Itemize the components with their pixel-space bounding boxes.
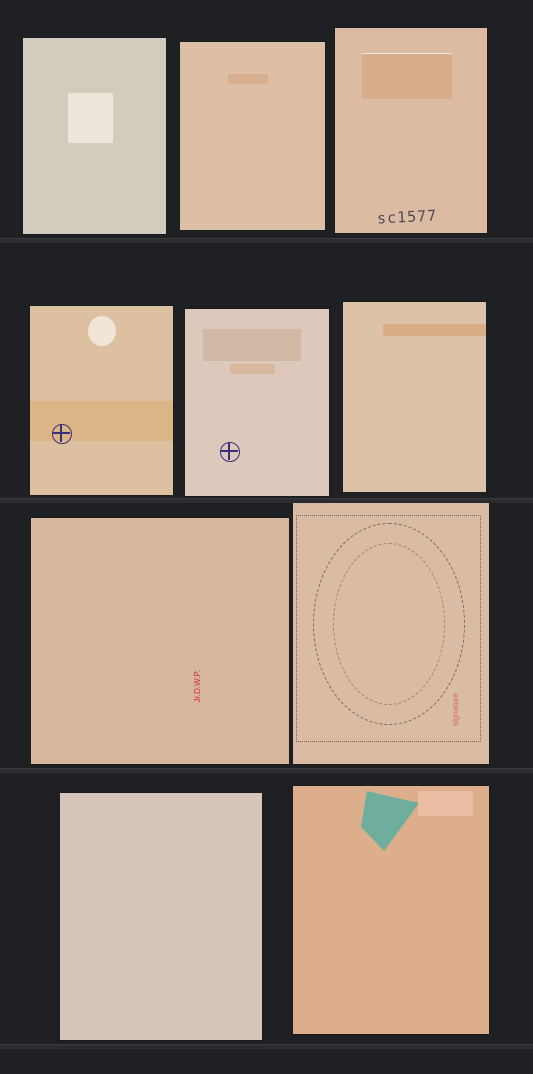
hinge-remnant: [383, 324, 486, 336]
stock-card: sc1577 Jr.D.W.P. signature: [0, 0, 533, 1074]
stamp-back[interactable]: [293, 786, 489, 1034]
strip-divider: [0, 768, 533, 773]
green-paper-remnant: [361, 791, 419, 851]
hinge-remnant: [228, 74, 268, 84]
expertizer-handstamp: [220, 442, 240, 462]
hinge-thin: [88, 316, 116, 346]
red-expert-mark: Jr.D.W.P.: [193, 670, 202, 702]
stamp-back[interactable]: [343, 302, 486, 492]
stamp-back[interactable]: sc1577: [335, 28, 487, 233]
hinge-stain: [418, 791, 473, 816]
offset-oval-inner: [333, 543, 445, 705]
stamp-back[interactable]: [180, 42, 325, 230]
stamp-back-offset[interactable]: signature: [293, 503, 489, 764]
stamp-back[interactable]: Jr.D.W.P.: [31, 518, 289, 764]
strip-divider: [0, 238, 533, 243]
stamp-back[interactable]: [30, 306, 173, 495]
hinge-remnant: [362, 53, 452, 99]
hinge-remnant: [230, 364, 275, 374]
hinge-remnant: [68, 93, 113, 143]
strip-divider: [0, 1044, 533, 1049]
hinge-remnant: [203, 329, 301, 361]
expertizer-handstamp: [52, 424, 72, 444]
stamp-back[interactable]: [185, 309, 329, 496]
stamp-back[interactable]: [60, 793, 262, 1040]
stamp-back[interactable]: [23, 38, 166, 234]
red-expert-mark: signature: [451, 693, 460, 726]
pencil-catalog-note: sc1577: [377, 206, 438, 227]
